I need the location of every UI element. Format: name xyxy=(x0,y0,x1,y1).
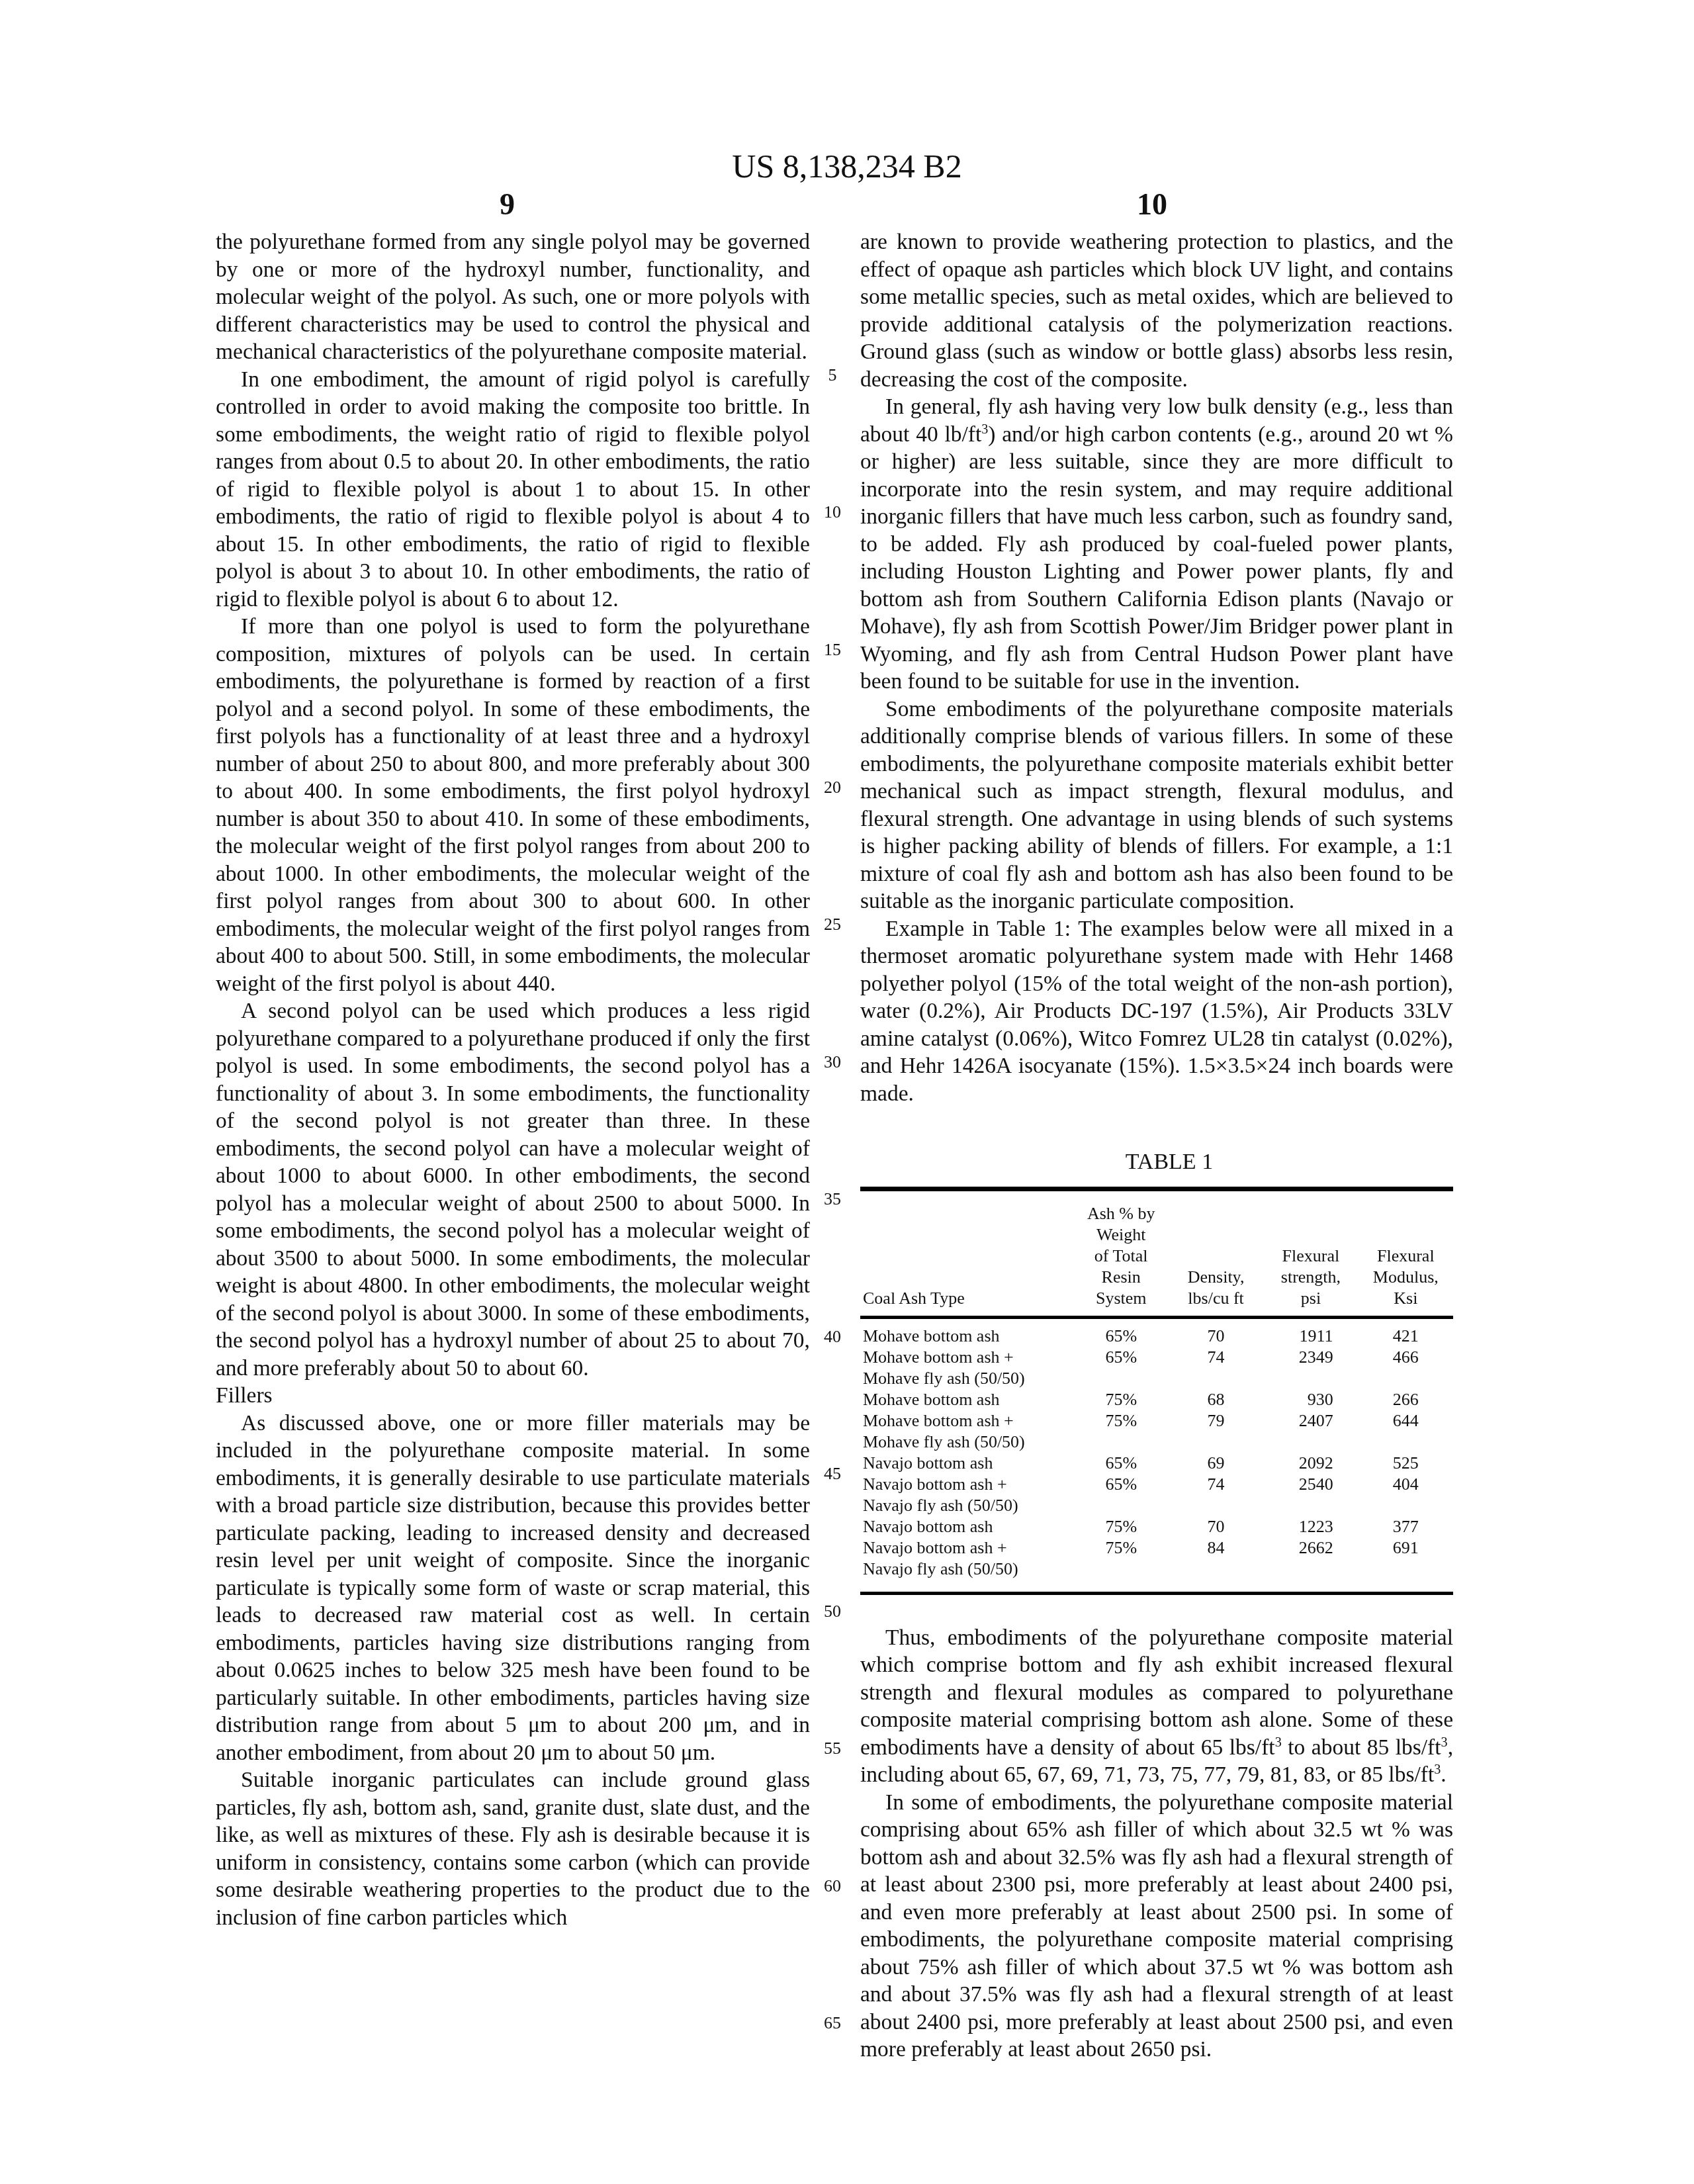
column-header-ash-percent: Ash % by Weight of Total Resin System xyxy=(1074,1201,1169,1318)
column-header-coal-ash-type: Coal Ash Type xyxy=(860,1201,1074,1318)
paragraph: In some of embodiments, the polyurethane… xyxy=(860,1789,1453,2064)
table-row: Navajo bottom ash 65% 69 2092 525 xyxy=(860,1453,1453,1474)
text-run: . xyxy=(1441,1762,1446,1787)
paragraph: As discussed above, one or more filler m… xyxy=(216,1410,810,1767)
table-row: Mohave bottom ash +Mohave fly ash (50/50… xyxy=(860,1347,1453,1389)
left-column: the polyurethane formed from any single … xyxy=(216,228,810,1931)
line-number: 40 xyxy=(819,1327,846,1347)
superscript: 3 xyxy=(1275,1735,1282,1749)
line-number: 25 xyxy=(819,915,846,934)
column-number-left: 9 xyxy=(500,187,515,222)
line-number: 30 xyxy=(819,1052,846,1072)
column-number-right: 10 xyxy=(1137,187,1167,222)
paragraph: Some embodiments of the polyurethane com… xyxy=(860,696,1453,915)
paragraph: are known to provide weathering protecti… xyxy=(860,228,1453,393)
text-run: to about 85 lbs/ft xyxy=(1282,1735,1441,1760)
superscript: 3 xyxy=(1441,1735,1448,1749)
paragraph: In one embodiment, the amount of rigid p… xyxy=(216,366,810,614)
paragraph: the polyurethane formed from any single … xyxy=(216,228,810,366)
table-row: Mohave bottom ash 75% 68 930 266 xyxy=(860,1389,1453,1410)
paragraph: Suitable inorganic particulates can incl… xyxy=(216,1766,810,1931)
line-number: 15 xyxy=(819,640,846,660)
line-number: 45 xyxy=(819,1464,846,1484)
paragraph: A second polyol can be used which produc… xyxy=(216,997,810,1382)
line-number: 20 xyxy=(819,778,846,797)
line-number: 5 xyxy=(819,365,846,385)
paragraph-thus: Thus, embodiments of the polyurethane co… xyxy=(860,1624,1453,1789)
table-row: Navajo bottom ash +Navajo fly ash (50/50… xyxy=(860,1537,1453,1594)
table-row: Navajo bottom ash 75% 70 1223 377 xyxy=(860,1516,1453,1537)
table-row: Mohave bottom ash 65% 70 1911 421 xyxy=(860,1317,1453,1347)
table-row: Navajo bottom ash +Navajo fly ash (50/50… xyxy=(860,1474,1453,1516)
paragraph: Example in Table 1: The examples below w… xyxy=(860,915,1453,1108)
text-run: ) and/or high carbon contents (e.g., aro… xyxy=(860,422,1453,694)
right-column: are known to provide weathering protecti… xyxy=(860,228,1453,2064)
line-number: 55 xyxy=(819,1739,846,1758)
column-header-flexural-strength: Flexural strength, psi xyxy=(1263,1201,1358,1318)
line-number: 60 xyxy=(819,1876,846,1896)
superscript: 3 xyxy=(1434,1762,1441,1777)
line-number: 10 xyxy=(819,502,846,522)
data-table: Coal Ash Type Ash % by Weight of Total R… xyxy=(860,1187,1453,1595)
line-number: 65 xyxy=(819,2013,846,2033)
paragraph: If more than one polyol is used to form … xyxy=(216,613,810,997)
table-title: TABLE 1 xyxy=(860,1148,1453,1176)
patent-number: US 8,138,234 B2 xyxy=(0,147,1694,185)
superscript: 3 xyxy=(981,422,988,436)
table-row: Mohave bottom ash +Mohave fly ash (50/50… xyxy=(860,1410,1453,1453)
column-header-density: Density, lbs/cu ft xyxy=(1169,1201,1263,1318)
column-header-flexural-modulus: Flexural Modulus, Ksi xyxy=(1359,1201,1453,1318)
line-number: 35 xyxy=(819,1189,846,1209)
paragraph-fly-ash: In general, fly ash having very low bulk… xyxy=(860,393,1453,696)
line-number: 50 xyxy=(819,1602,846,1621)
section-heading-fillers: Fillers xyxy=(216,1382,810,1410)
